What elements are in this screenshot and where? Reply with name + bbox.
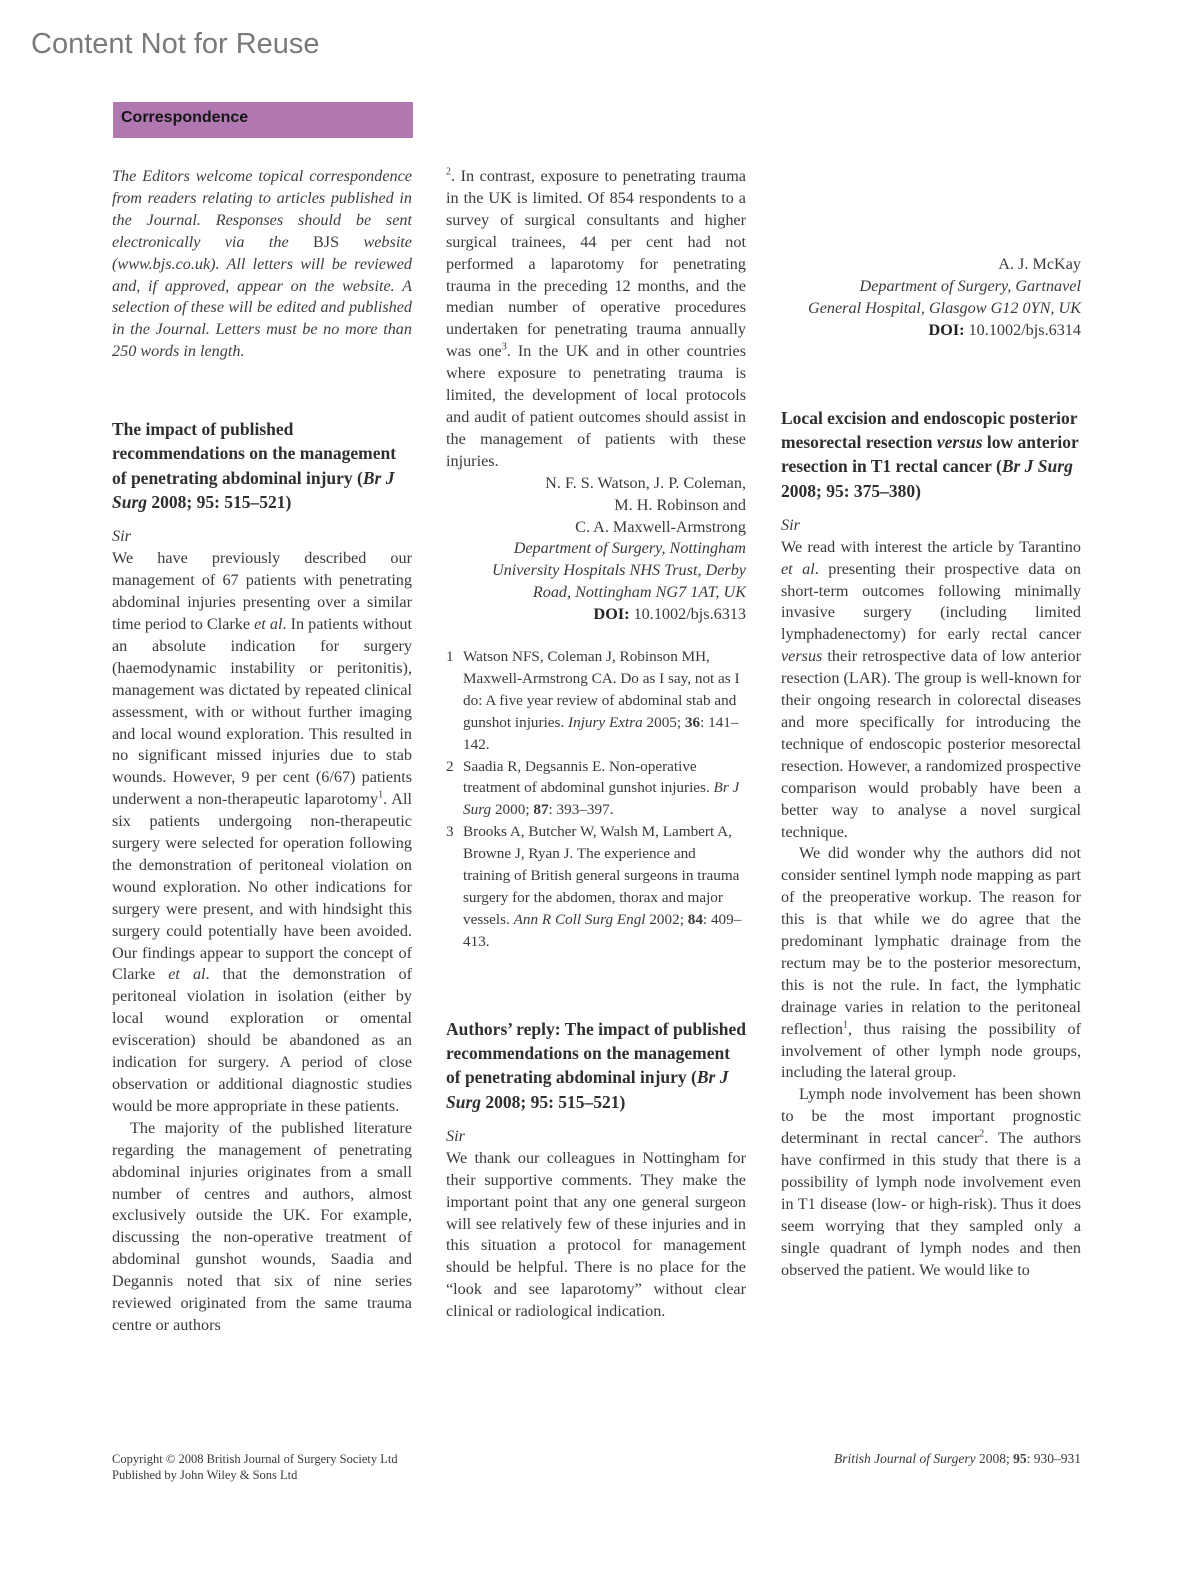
letter1-paragraph-1: We have previously described our managem… — [112, 548, 412, 1118]
column-1: The Editors welcome topical corresponden… — [112, 166, 412, 1337]
reference-item: 2Saadia R, Degsannis E. Non-operative tr… — [446, 756, 746, 822]
reference-item: 1Watson NFS, Coleman J, Robinson MH, Max… — [446, 646, 746, 756]
section-header-band: Correspondence — [113, 102, 413, 138]
reply-affiliation-2: General Hospital, Glasgow G12 0YN, UK — [781, 298, 1081, 320]
letter2-paragraph-2: We did wonder why the authors did not co… — [781, 843, 1081, 1084]
letter1-author-1: N. F. S. Watson, J. P. Coleman, — [446, 473, 746, 495]
letter2-title: Local excision and endoscopic posterior … — [781, 406, 1081, 503]
reply-doi: DOI: 10.1002/bjs.6314 — [781, 320, 1081, 342]
editors-intro: The Editors welcome topical corresponden… — [112, 166, 412, 363]
reply-author: A. J. McKay — [781, 254, 1081, 276]
column-2: 2. In contrast, exposure to penetrating … — [446, 166, 746, 1323]
reference-item: 3Brooks A, Butcher W, Walsh M, Lambert A… — [446, 821, 746, 952]
letter1-paragraph-2: The majority of the published literature… — [112, 1118, 412, 1337]
footer-citation: British Journal of Surgery 2008; 95: 930… — [834, 1451, 1081, 1467]
letter1-affiliation-3: Road, Nottingham NG7 1AT, UK — [446, 582, 746, 604]
letter2-paragraph-3: Lymph node involvement has been shown to… — [781, 1084, 1081, 1281]
letter2-paragraph-1: We read with interest the article by Tar… — [781, 537, 1081, 844]
letter1-doi: DOI: 10.1002/bjs.6313 — [446, 604, 746, 626]
reply-salutation: Sir — [446, 1126, 746, 1148]
reply-affiliation-1: Department of Surgery, Gartnavel — [781, 276, 1081, 298]
column-3: A. J. McKay Department of Surgery, Gartn… — [781, 166, 1081, 1282]
watermark: Content Not for Reuse — [31, 28, 320, 61]
letter1-affiliation-1: Department of Surgery, Nottingham — [446, 538, 746, 560]
letter1-title: The impact of published recommendations … — [112, 417, 412, 514]
letter1-author-2: M. H. Robinson and — [446, 495, 746, 517]
section-label: Correspondence — [121, 109, 248, 126]
letter1-paragraph-2-continued: 2. In contrast, exposure to penetrating … — [446, 166, 746, 473]
letter2-salutation: Sir — [781, 515, 1081, 537]
letter1-references: 1Watson NFS, Coleman J, Robinson MH, Max… — [446, 646, 746, 953]
footer-copyright: Copyright © 2008 British Journal of Surg… — [112, 1451, 398, 1483]
letter1-author-3: C. A. Maxwell-Armstrong — [446, 517, 746, 539]
letter1-affiliation-2: University Hospitals NHS Trust, Derby — [446, 560, 746, 582]
reply-body: We thank our colleagues in Nottingham fo… — [446, 1148, 746, 1323]
reply-title: Authors’ reply: The impact of published … — [446, 1017, 746, 1114]
letter1-salutation: Sir — [112, 526, 412, 548]
